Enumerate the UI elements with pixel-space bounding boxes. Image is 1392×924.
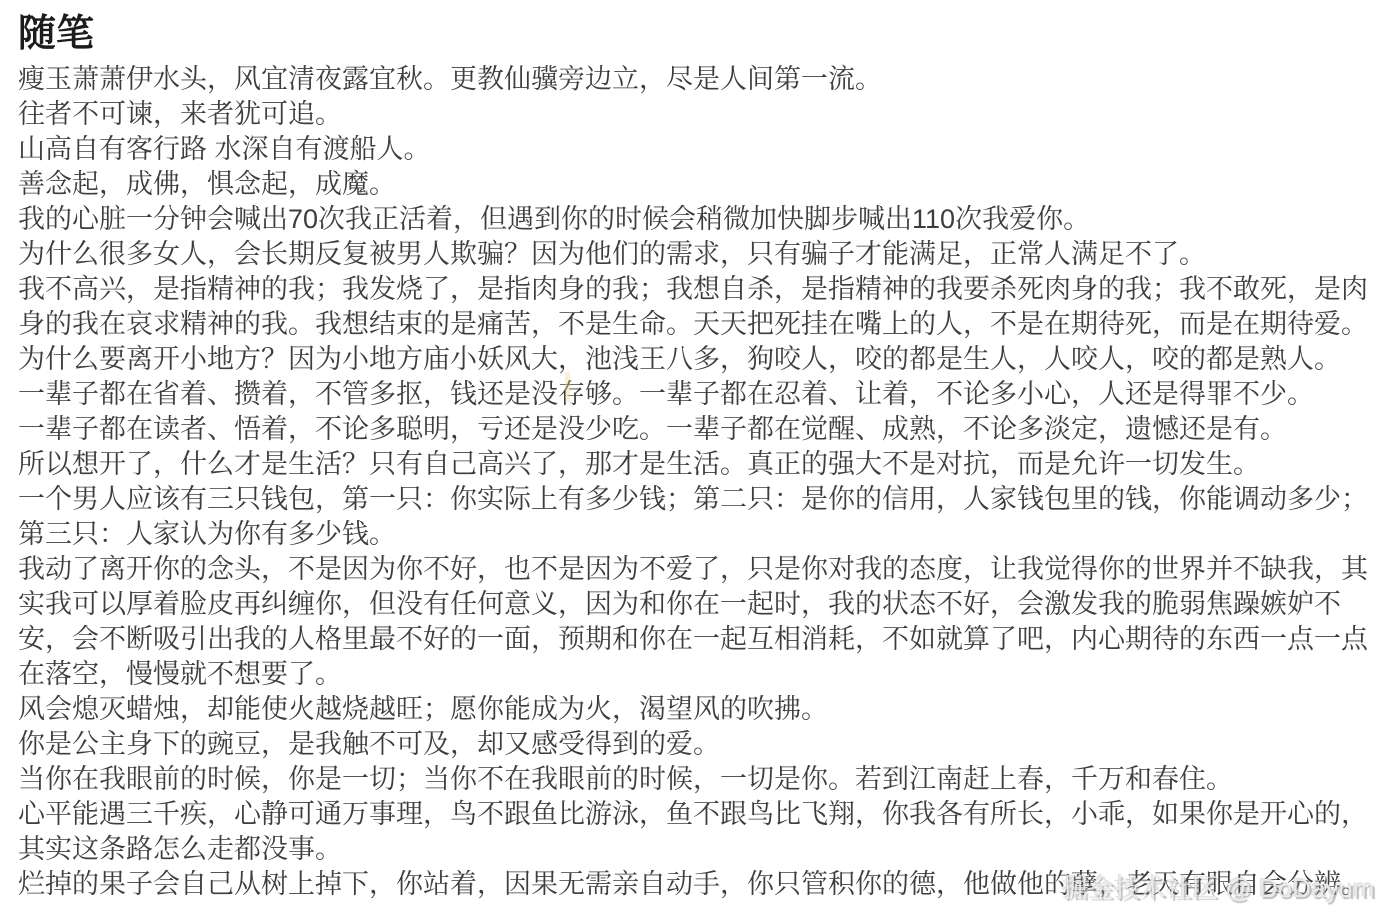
paragraph: 风会熄灭蜡烛，却能使火越烧越旺；愿你能成为火，渴望风的吹拂。 xyxy=(18,692,1370,727)
document-body: 随笔 瘦玉萧萧伊水头，风宜清夜露宜秋。更教仙骥旁边立，尽是人间第一流。 往者不可… xyxy=(0,0,1392,902)
page-title: 随笔 xyxy=(18,12,1392,56)
paragraph: 我动了离开你的念头，不是因为你不好，也不是因为不爱了，只是你对我的态度，让我觉得… xyxy=(18,552,1370,692)
paragraph: 往者不可谏，来者犹可追。 xyxy=(18,97,1370,132)
paragraph: 山高自有客行路 水深自有渡船人。 xyxy=(18,132,1370,167)
paragraph: 一辈子都在读者、悟着，不论多聪明，亏还是没少吃。一辈子都在觉醒、成熟，不论多淡定… xyxy=(18,412,1370,447)
paragraph: 你是公主身下的豌豆，是我触不可及，却又感受得到的爱。 xyxy=(18,727,1370,762)
paragraph: 为什么要离开小地方？因为小地方庙小妖风大，池浅王八多，狗咬人，咬的都是生人，人咬… xyxy=(18,342,1370,377)
paragraph: 我的心脏一分钟会喊出70次我正活着，但遇到你的时候会稍微加快脚步喊出110次我爱… xyxy=(18,202,1370,237)
paragraph: 心平能遇三千疾，心静可通万事理，鸟不跟鱼比游泳，鱼不跟鸟比飞翔，你我各有所长，小… xyxy=(18,797,1370,867)
paragraph: 一辈子都在省着、攒着，不管多抠，钱还是没存够。一辈子都在忍着、让着，不论多小心，… xyxy=(18,377,1370,412)
paragraph: 善念起，成佛，惧念起，成魔。 xyxy=(18,167,1370,202)
paragraph: 我不高兴，是指精神的我；我发烧了，是指肉身的我；我想自杀，是指精神的我要杀死肉身… xyxy=(18,272,1370,342)
paragraph: 一个男人应该有三只钱包，第一只：你实际上有多少钱；第二只：是你的信用，人家钱包里… xyxy=(18,482,1370,552)
paragraph: 瘦玉萧萧伊水头，风宜清夜露宜秋。更教仙骥旁边立，尽是人间第一流。 xyxy=(18,62,1370,97)
watermark: 掘金技术社区 @ DoDayum xyxy=(1062,872,1374,904)
paragraph: 当你在我眼前的时候，你是一切；当你不在我眼前的时候，一切是你。若到江南赶上春，千… xyxy=(18,762,1370,797)
paragraph: 为什么很多女人，会长期反复被男人欺骗？因为他们的需求，只有骗子才能满足，正常人满… xyxy=(18,237,1370,272)
paragraph: 所以想开了，什么才是生活？只有自己高兴了，那才是生活。真正的强大不是对抗，而是允… xyxy=(18,447,1370,482)
